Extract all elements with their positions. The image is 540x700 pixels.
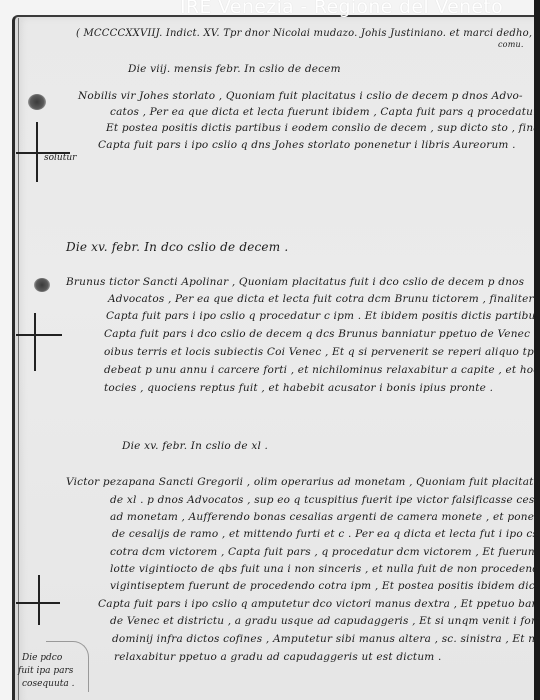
section-3-line-5: cotra dcm victorem , Capta fuit pars , q… (110, 546, 540, 558)
page-binding-line (18, 18, 19, 700)
section-2-line-3: Capta fuit pars i ipo cslio q procedatur… (106, 310, 540, 322)
section-2-line-7: tocies , quociens reptus fuit , et habeb… (104, 382, 493, 394)
ink-blot (28, 94, 46, 110)
section-3-heading: Die xv. febr. In cslio de xl . (122, 440, 268, 452)
section-2-line-1: Brunus tictor Sancti Apolinar , Quoniam … (66, 276, 524, 288)
margin-cross-2-horizontal (16, 334, 62, 336)
margin-note-line-3: cosequuta . (22, 678, 74, 691)
header-continuation: comu. (498, 40, 524, 49)
section-1-line-2: catos , Per ea que dicta et lecta fuerun… (110, 106, 540, 118)
section-3-line-6: lotte vigintiocto de qbs fuit una i non … (110, 563, 540, 575)
section-3-line-9: de Venec et districtu , a gradu usque ad… (110, 615, 540, 627)
margin-cross-2-vertical (34, 313, 36, 371)
section-3-line-7: vigintiseptem fuerunt de procedendo cotr… (110, 580, 540, 592)
section-1-margin-note: solutur (44, 152, 76, 165)
section-3-line-8: Capta fuit pars i ipo cslio q amputetur … (98, 598, 540, 610)
section-1-line-4: Capta fuit pars i ipo cslio q dns Johes … (98, 139, 516, 151)
section-2-line-4: Capta fuit pars i dco cslio de decem q d… (104, 328, 540, 340)
margin-cross-1-horizontal (16, 152, 70, 154)
watermark: IRE Venezia - Regione del Veneto (180, 0, 503, 18)
section-3-line-1: Victor pezapana Sancti Gregorii , olim o… (66, 476, 540, 488)
section-3-line-4: de cesalijs de ramo , et mittendo furti … (112, 528, 540, 540)
section-3-line-2: de xl . p dnos Advocatos , sup eo q tcus… (110, 494, 540, 506)
margin-note-line-1: Die pdco (22, 652, 62, 665)
section-2-line-6: debeat p unu annu i carcere forti , et n… (104, 364, 540, 376)
section-2-line-5: oibus terris et locis subiectis Coi Vene… (104, 346, 540, 358)
section-3-line-10: dominij infra dictos cofines , Amputetur… (112, 633, 540, 645)
ink-blot (34, 278, 50, 292)
margin-note-line-2: fuit ipa pars (18, 665, 73, 678)
section-1-line-3: Et postea positis dictis partibus i eode… (106, 122, 540, 134)
margin-cross-3-vertical (38, 575, 40, 625)
margin-cross-3-horizontal (16, 602, 60, 604)
section-2-line-2: Advocatos , Per ea que dicta et lecta fu… (108, 293, 534, 305)
section-2-heading: Die xv. febr. In dco cslio de decem . (66, 240, 288, 254)
section-1-line-1: Nobilis vir Johes storlato , Quoniam fui… (78, 90, 523, 102)
section-3-line-11: relaxabitur ppetuo a gradu ad capudagger… (114, 651, 442, 663)
section-1-heading: Die viij. mensis febr. In cslio de decem (128, 63, 341, 75)
header-line: ( MCCCCXXVIIJ. Indict. XV. Tpr dnor Nico… (76, 28, 540, 39)
section-3-line-3: ad monetam , Aufferendo bonas cesalias a… (110, 511, 540, 523)
